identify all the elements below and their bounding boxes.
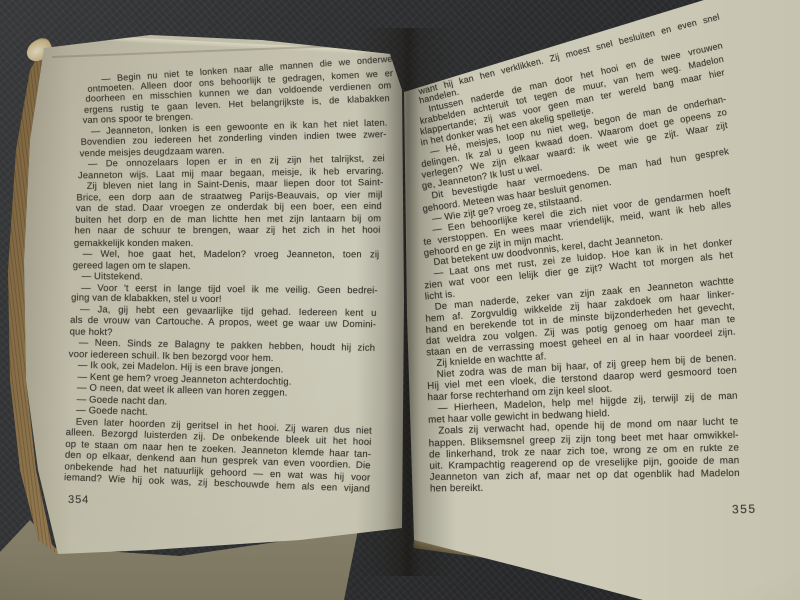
text-line: — Wel, hoe gaat het, Madelon? vroeg Jean… (73, 248, 379, 260)
right-page-text: want hij kan hen verklikken. Zij moest s… (424, 48, 734, 494)
text-line: gemakkelijk konden maken. (74, 237, 380, 249)
left-page-top-edge (46, 33, 398, 56)
left-page-text: — Begin nu niet te lonken naar alle mann… (78, 64, 384, 490)
text-line: hen bereikt. (430, 480, 740, 495)
book-photo: — Begin nu niet te lonken naar alle mann… (0, 0, 800, 600)
text-line: hen naar de schuur te brengen, waar zij … (74, 225, 380, 237)
right-page-number: 355 (732, 502, 757, 517)
left-page-number: 354 (68, 494, 90, 506)
